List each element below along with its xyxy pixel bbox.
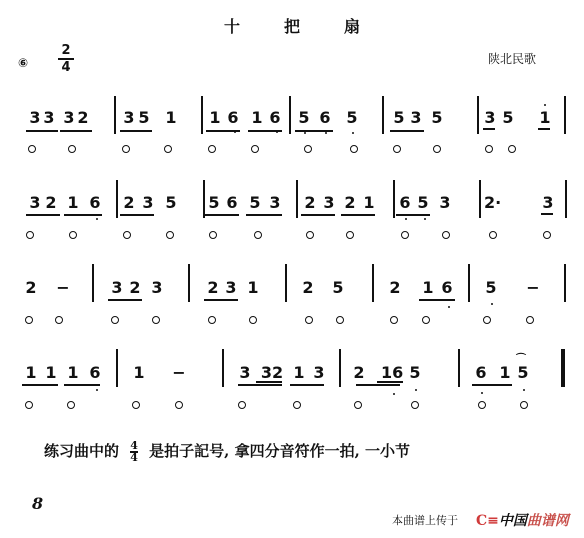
beat-circle-icon xyxy=(254,231,262,239)
beam-underline xyxy=(419,299,455,301)
beam-underline xyxy=(60,130,92,132)
bar-line xyxy=(289,96,291,134)
logo-text-secondary: 曲谱网 xyxy=(527,513,569,529)
beat-circle-icon xyxy=(122,145,130,153)
bar-line xyxy=(116,349,118,387)
note: 6 xyxy=(474,365,488,381)
note: 1 xyxy=(132,365,146,381)
beat-circle-icon xyxy=(433,145,441,153)
note: 16 xyxy=(381,365,403,381)
bar-line xyxy=(116,180,118,218)
time-signature: 2 4 xyxy=(58,44,74,74)
time-signature-top: 2 xyxy=(58,44,74,57)
bar-line xyxy=(564,96,566,134)
note: 5 xyxy=(501,110,515,126)
beat-circle-icon xyxy=(401,231,409,239)
note: 1 xyxy=(498,365,512,381)
note: 5 xyxy=(408,365,422,381)
octave-dot-high xyxy=(544,104,546,106)
beat-circle-icon xyxy=(25,316,33,324)
beat-circle-icon xyxy=(478,401,486,409)
beat-circle-icon xyxy=(293,401,301,409)
beam-underline xyxy=(377,381,403,383)
beat-circle-icon xyxy=(485,145,493,153)
note: 2 xyxy=(44,195,58,211)
beat-circle-icon xyxy=(483,316,491,324)
bar-line xyxy=(201,96,203,134)
bar-line xyxy=(565,180,567,218)
note: 2 xyxy=(24,280,38,296)
note: 3 xyxy=(483,110,497,126)
song-origin: 陕北民歌 xyxy=(488,50,536,67)
note: 6 xyxy=(225,195,239,211)
beam-underline xyxy=(26,214,60,216)
note: 1 xyxy=(292,365,306,381)
beat-circle-icon xyxy=(305,316,313,324)
bar-line xyxy=(285,264,287,302)
note: 1 xyxy=(44,365,58,381)
beam-underline xyxy=(204,299,238,301)
beam-underline xyxy=(246,214,282,216)
note: 3 xyxy=(409,110,423,126)
beat-circle-icon xyxy=(442,231,450,239)
note: 3 xyxy=(141,195,155,211)
note: 2 xyxy=(301,280,315,296)
note: 1 xyxy=(24,365,38,381)
note: 3 xyxy=(224,280,238,296)
note: 3 xyxy=(541,195,555,211)
beat-circle-icon xyxy=(422,316,430,324)
beat-circle-icon xyxy=(304,145,312,153)
inline-time-signature: 4 4 xyxy=(130,441,138,462)
note: 2 xyxy=(343,195,357,211)
bar-line xyxy=(458,349,460,387)
beat-circle-icon xyxy=(543,231,551,239)
note: 3 xyxy=(322,195,336,211)
note: 5 xyxy=(416,195,430,211)
explanation-after: 是拍子記号, 拿四分音符作一拍, 一小节 xyxy=(149,442,410,460)
bar-line xyxy=(382,96,384,134)
frac-bottom: 4 xyxy=(130,453,138,463)
beat-circle-icon xyxy=(520,401,528,409)
bar-line xyxy=(92,264,94,302)
beat-circle-icon xyxy=(69,231,77,239)
note: 5 xyxy=(392,110,406,126)
beat-circle-icon xyxy=(238,401,246,409)
beat-circle-icon xyxy=(526,316,534,324)
note: 5 xyxy=(164,195,178,211)
beat-circle-icon xyxy=(132,401,140,409)
octave-dot-low xyxy=(96,218,98,220)
note: 2 xyxy=(122,195,136,211)
beat-circle-icon xyxy=(28,145,36,153)
title-char: 扇 xyxy=(344,14,360,37)
octave-dot-low xyxy=(276,131,278,133)
song-title: 十把扇 xyxy=(0,14,584,37)
exercise-number: ⑥ xyxy=(18,56,28,70)
note: 32 xyxy=(260,365,284,381)
beam-underline xyxy=(541,213,553,215)
note: − xyxy=(56,280,70,296)
beam-underline xyxy=(538,128,550,130)
octave-dot-low xyxy=(304,132,306,134)
beat-circle-icon xyxy=(508,145,516,153)
note: − xyxy=(526,280,540,296)
beat-circle-icon xyxy=(249,316,257,324)
note: 6 xyxy=(226,110,240,126)
logo-mark-icon: C≡ xyxy=(476,513,499,529)
octave-dot-low xyxy=(234,131,236,133)
time-signature-bottom: 4 xyxy=(58,61,74,74)
bar-line xyxy=(561,349,565,387)
bar-line xyxy=(468,264,470,302)
octave-dot-low xyxy=(96,389,98,391)
octave-dot-low xyxy=(352,132,354,134)
bar-line xyxy=(222,349,224,387)
beam-underline xyxy=(120,214,154,216)
note: 6 xyxy=(440,280,454,296)
explanation-text: 练习曲中的 4 4 是拍子記号, 拿四分音符作一拍, 一小节 xyxy=(44,440,410,463)
title-char: 十 xyxy=(224,14,240,37)
page-number: 8 xyxy=(32,494,43,513)
note: 2 xyxy=(388,280,402,296)
bar-line xyxy=(114,96,116,134)
note: 6 xyxy=(88,365,102,381)
beam-underline xyxy=(64,214,102,216)
bar-line xyxy=(479,180,481,218)
beam-underline xyxy=(390,130,424,132)
beat-circle-icon xyxy=(67,401,75,409)
beat-circle-icon xyxy=(26,231,34,239)
bar-line xyxy=(203,180,205,218)
note: 1 xyxy=(66,365,80,381)
bar-line xyxy=(339,349,341,387)
note: 5 xyxy=(137,110,151,126)
note: 6 xyxy=(398,195,412,211)
note: 5 xyxy=(484,280,498,296)
octave-dot-low xyxy=(523,389,525,391)
octave-dot-low xyxy=(424,218,426,220)
octave-dot-low xyxy=(448,306,450,308)
note: 3 xyxy=(62,110,76,126)
beat-circle-icon xyxy=(489,231,497,239)
note: 1 xyxy=(250,110,264,126)
beam-underline xyxy=(483,128,495,130)
beat-circle-icon xyxy=(354,401,362,409)
bar-line xyxy=(477,96,479,134)
octave-dot-low xyxy=(491,303,493,305)
octave-dot-low xyxy=(393,393,395,395)
note: 5 xyxy=(516,365,530,381)
beam-underline xyxy=(341,214,375,216)
note: 1 xyxy=(246,280,260,296)
beat-circle-icon xyxy=(346,231,354,239)
beat-circle-icon xyxy=(350,145,358,153)
beat-circle-icon xyxy=(164,145,172,153)
note: 3 xyxy=(122,110,136,126)
note: 2 xyxy=(303,195,317,211)
beat-circle-icon xyxy=(208,316,216,324)
note: 1 xyxy=(421,280,435,296)
note: 3 xyxy=(42,110,56,126)
beam-underline xyxy=(396,214,430,216)
frac-top: 4 xyxy=(130,441,138,451)
beam-underline xyxy=(301,214,335,216)
beam-underline xyxy=(356,384,400,386)
note: 2 xyxy=(76,110,90,126)
note: 1 xyxy=(538,110,552,126)
bar-line xyxy=(372,264,374,302)
beam-underline xyxy=(238,384,282,386)
beat-circle-icon xyxy=(208,145,216,153)
note: 3 xyxy=(438,195,452,211)
beat-circle-icon xyxy=(209,231,217,239)
beat-circle-icon xyxy=(175,401,183,409)
beam-underline xyxy=(256,381,282,383)
explanation-before: 练习曲中的 xyxy=(44,442,119,460)
note: 3 xyxy=(110,280,124,296)
fermata-icon: ⌒ xyxy=(516,350,526,365)
note: 5 xyxy=(345,110,359,126)
beam-underline xyxy=(22,384,58,386)
note: 5 xyxy=(331,280,345,296)
beat-circle-icon xyxy=(390,316,398,324)
note: 1 xyxy=(66,195,80,211)
bar-line xyxy=(296,180,298,218)
beam-underline xyxy=(120,130,152,132)
note: 2 xyxy=(352,365,366,381)
logo-text-primary: 中国 xyxy=(499,513,527,529)
note: 6 xyxy=(268,110,282,126)
note: 3 xyxy=(312,365,326,381)
beat-circle-icon xyxy=(111,316,119,324)
note: 2 xyxy=(206,280,220,296)
site-logo[interactable]: C≡中国曲谱网 xyxy=(476,510,569,530)
beat-circle-icon xyxy=(306,231,314,239)
note: 5 xyxy=(207,195,221,211)
beat-circle-icon xyxy=(55,316,63,324)
octave-dot-low xyxy=(325,132,327,134)
beat-circle-icon xyxy=(152,316,160,324)
octave-dot-low xyxy=(481,392,483,394)
title-char: 把 xyxy=(284,14,300,37)
note: 1 xyxy=(362,195,376,211)
beam-underline xyxy=(290,384,324,386)
note: 2 xyxy=(128,280,142,296)
note: 6 xyxy=(88,195,102,211)
note: − xyxy=(172,365,186,381)
beam-underline xyxy=(26,130,58,132)
bar-line xyxy=(564,264,566,302)
octave-dot-low xyxy=(415,389,417,391)
beat-circle-icon xyxy=(123,231,131,239)
note: 3 xyxy=(268,195,282,211)
beat-circle-icon xyxy=(393,145,401,153)
note: 5 xyxy=(297,110,311,126)
beat-circle-icon xyxy=(411,401,419,409)
beam-underline xyxy=(108,299,142,301)
upload-caption: 本曲谱上传于 xyxy=(392,512,458,528)
beam-underline xyxy=(295,130,333,132)
note: 6 xyxy=(318,110,332,126)
note: 5 xyxy=(430,110,444,126)
beat-circle-icon xyxy=(336,316,344,324)
note: 3 xyxy=(150,280,164,296)
note: 3 xyxy=(238,365,252,381)
note: 1 xyxy=(208,110,222,126)
bar-line xyxy=(188,264,190,302)
note: 2· xyxy=(484,195,498,211)
note: 1 xyxy=(164,110,178,126)
note: 3 xyxy=(28,195,42,211)
beat-circle-icon xyxy=(68,145,76,153)
note: 5 xyxy=(248,195,262,211)
note: 3 xyxy=(28,110,42,126)
beam-underline xyxy=(64,384,100,386)
beam-underline xyxy=(472,384,512,386)
beat-circle-icon xyxy=(166,231,174,239)
beat-circle-icon xyxy=(251,145,259,153)
beam-underline xyxy=(205,214,239,216)
octave-dot-low xyxy=(405,218,407,220)
beat-circle-icon xyxy=(25,401,33,409)
bar-line xyxy=(393,180,395,218)
